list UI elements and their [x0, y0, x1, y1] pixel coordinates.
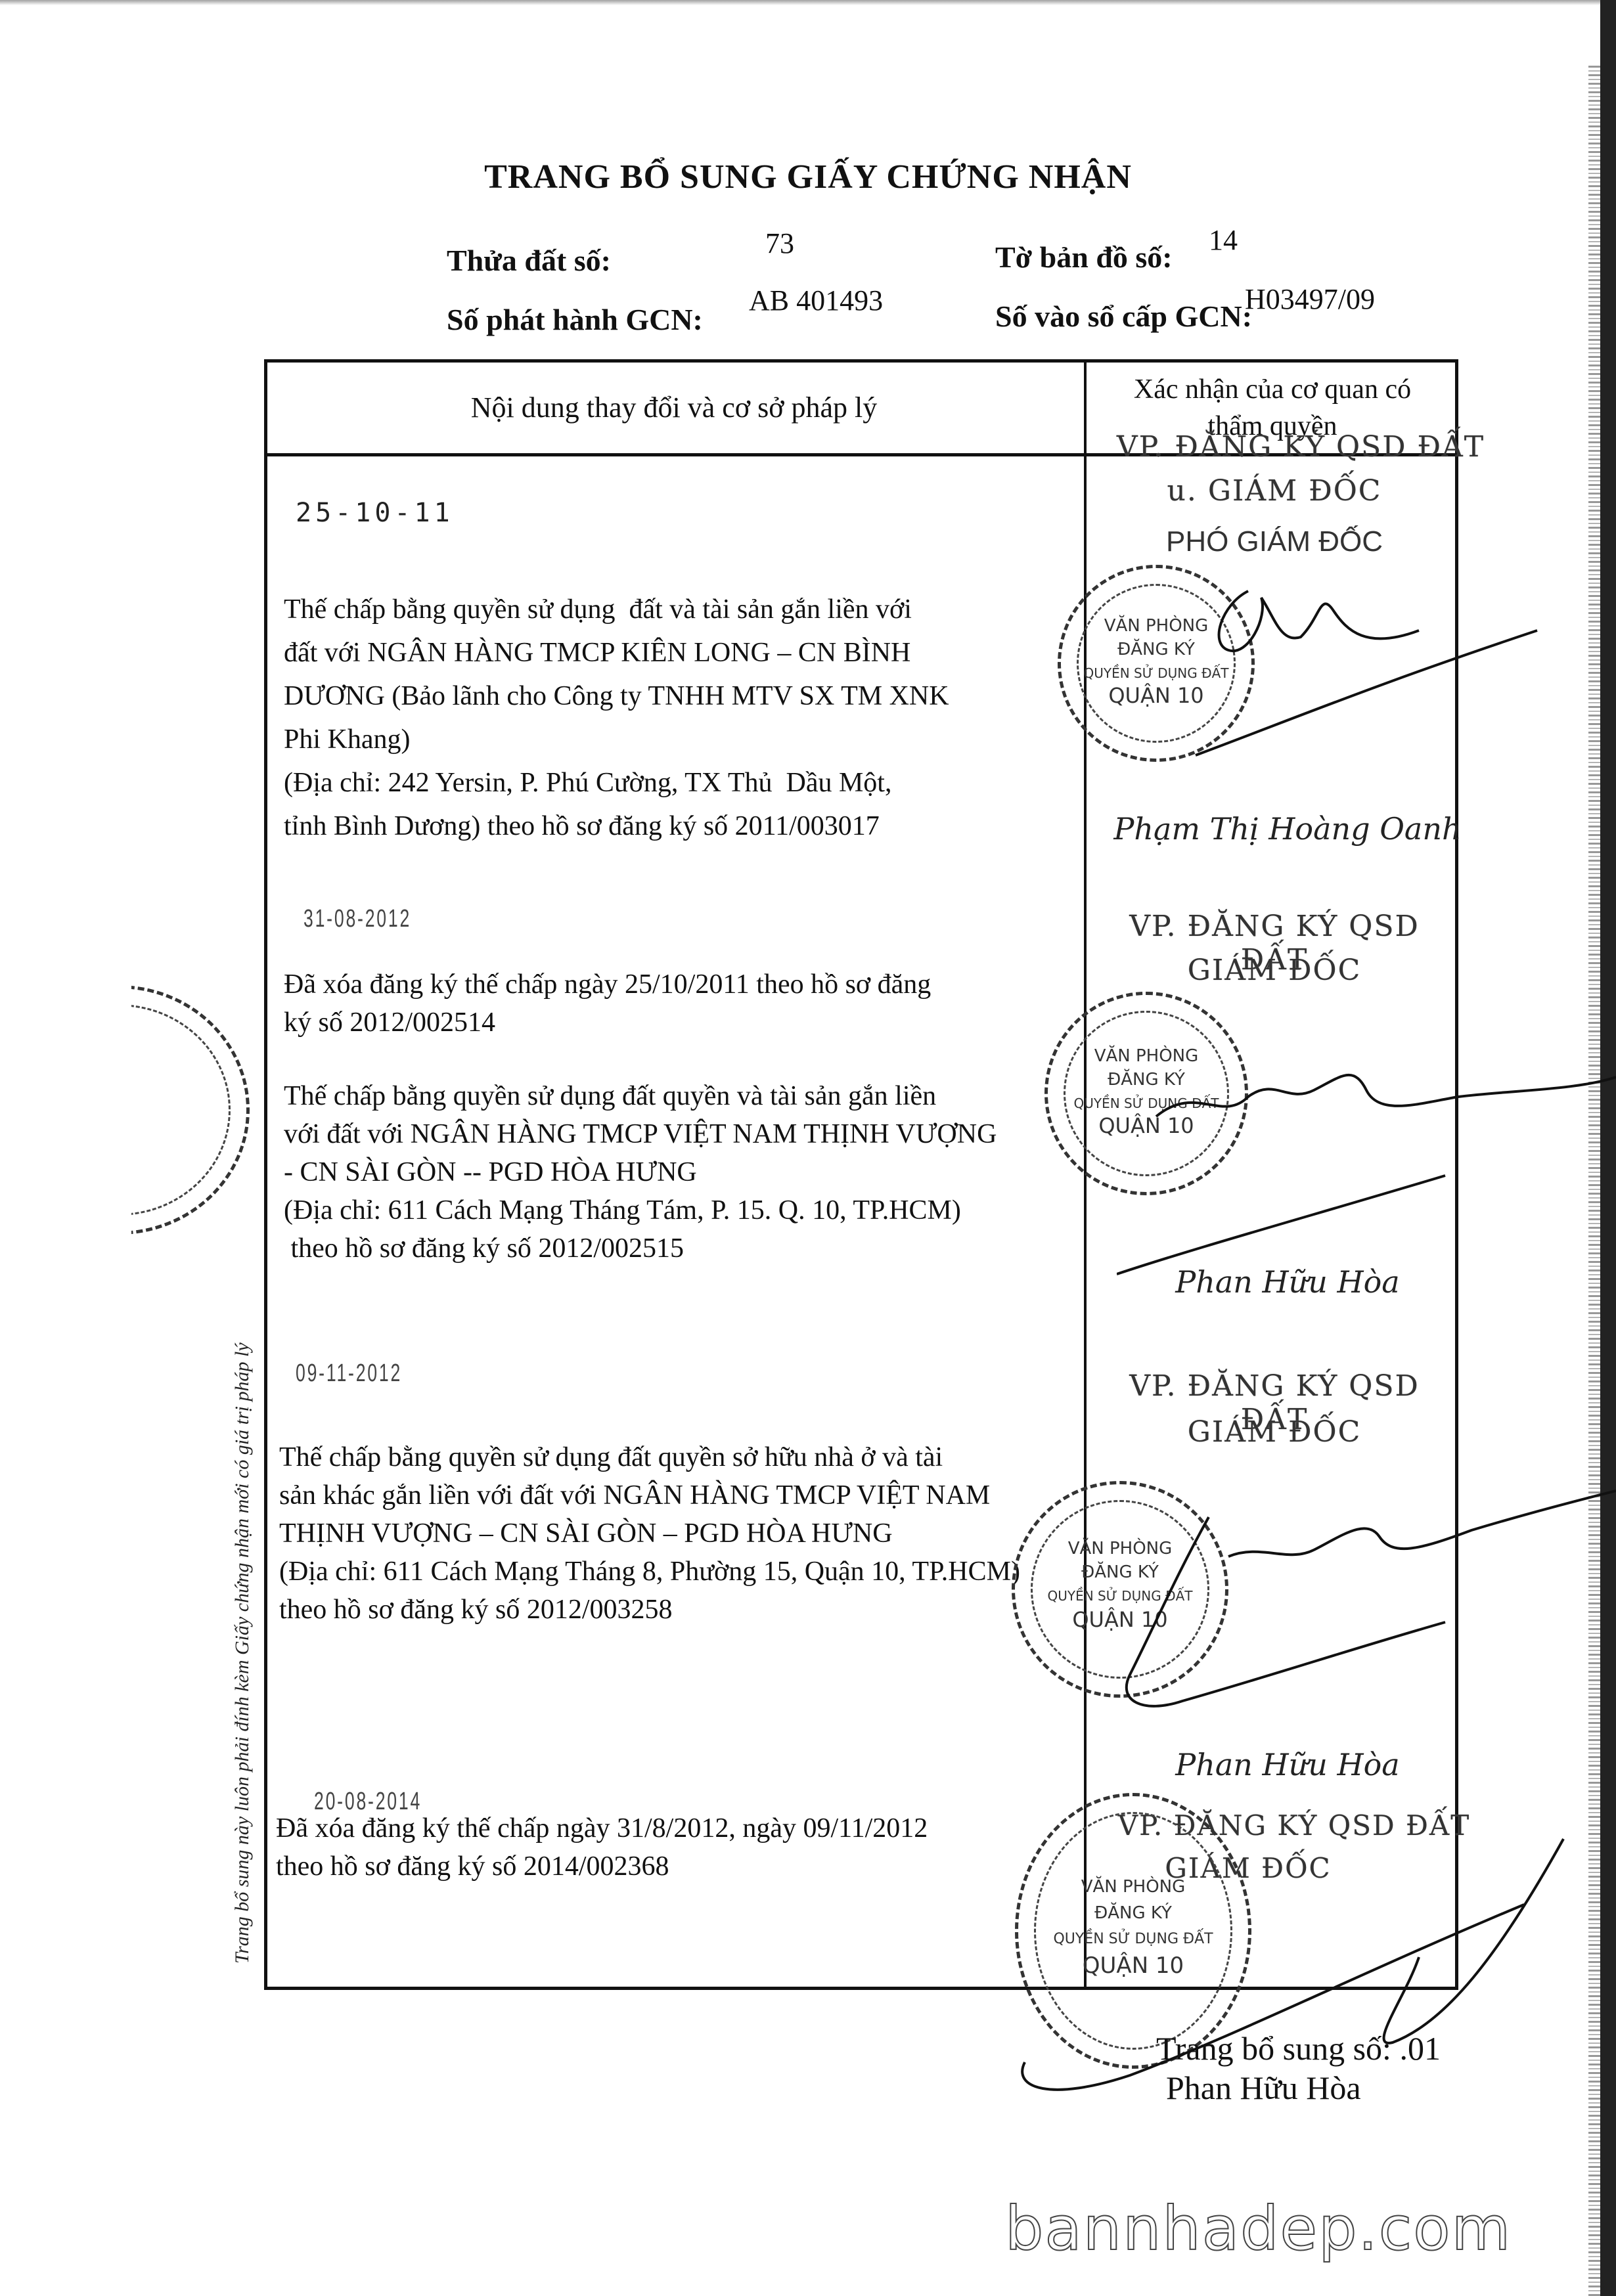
- margin-partial-seal: [0, 985, 250, 1235]
- entry-1-office-stamp: VP. ĐĂNG KÝ QSD ĐẤT: [1090, 430, 1511, 464]
- entry-2-signature-icon: [1117, 1025, 1616, 1300]
- entry-2-signer: Phan Hữu Hòa: [1090, 1264, 1485, 1300]
- map-sheet-label: Tờ bản đồ số:: [995, 240, 1173, 275]
- supplement-page-label: Trang bổ sung số:: [1156, 2030, 1391, 2067]
- entry-1-signer: Phạm Thị Hoàng Oanh: [1090, 811, 1485, 847]
- footer-signer-name: Phan Hữu Hòa: [1166, 2069, 1361, 2107]
- parcel-number-value: 73: [765, 227, 794, 260]
- entry-4-text: Đã xóa đăng ký thế chấp ngày 31/8/2012, …: [276, 1809, 928, 1886]
- supplement-page-number: Trang bổ sung số: .01: [1156, 2029, 1441, 2067]
- entry-2-text: Thế chấp bằng quyền sử dụng đất quyền và…: [284, 1077, 997, 1268]
- entry-1-date: 25-10-11: [296, 498, 454, 528]
- parcel-number-label: Thửa đất số:: [447, 243, 611, 278]
- entry-3-signature-icon: [1077, 1478, 1616, 1727]
- entry-1-signature-icon: [1169, 578, 1616, 775]
- entry-1-position: PHÓ GIÁM ĐỐC: [1090, 525, 1458, 558]
- entry-1-text: Thế chấp bằng quyền sử dụng đất và tài s…: [284, 588, 949, 848]
- entry-2-date: 31-08-2012: [303, 905, 411, 933]
- header-right-line1: Xác nhận của cơ quan có: [1087, 371, 1458, 408]
- registry-number-label: Số vào sổ cấp GCN:: [995, 299, 1252, 334]
- scan-top-edge: [0, 0, 1616, 5]
- map-sheet-value: 14: [1209, 223, 1238, 257]
- side-legal-note: Trang bổ sung này luôn phải đính kèm Giấ…: [231, 1342, 254, 1964]
- entry-3-office-title: GIÁM ĐỐC: [1090, 1415, 1458, 1449]
- supplement-page-value: .01: [1399, 2030, 1441, 2067]
- entry-3-date: 09-11-2012: [296, 1359, 402, 1388]
- certificate-serial-value: AB 401493: [749, 284, 883, 317]
- entry-2-cancel-text: Đã xóa đăng ký thế chấp ngày 25/10/2011 …: [284, 965, 931, 1042]
- entry-3-signer: Phan Hữu Hòa: [1090, 1747, 1485, 1782]
- entry-2-office-title: GIÁM ĐỐC: [1090, 954, 1458, 987]
- entry-1-office-title: u. GIÁM ĐỐC: [1090, 474, 1458, 508]
- certificate-serial-label: Số phát hành GCN:: [447, 302, 703, 337]
- registry-number-value: H03497/09: [1245, 282, 1375, 316]
- entry-3-text: Thế chấp bằng quyền sử dụng đất quyền sở…: [279, 1438, 1020, 1629]
- header-content-changes: Nội dung thay đổi và cơ sở pháp lý: [264, 391, 1084, 424]
- watermark: bannhadep.com: [1005, 2194, 1512, 2264]
- document-title: TRANG BỔ SUNG GIẤY CHỨNG NHẬN: [0, 158, 1616, 196]
